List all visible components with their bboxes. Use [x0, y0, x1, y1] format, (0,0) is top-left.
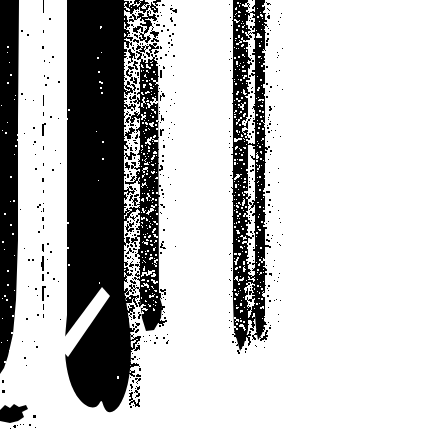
binarized-scan-page — [0, 0, 432, 432]
binarized-scan-image — [0, 0, 432, 432]
